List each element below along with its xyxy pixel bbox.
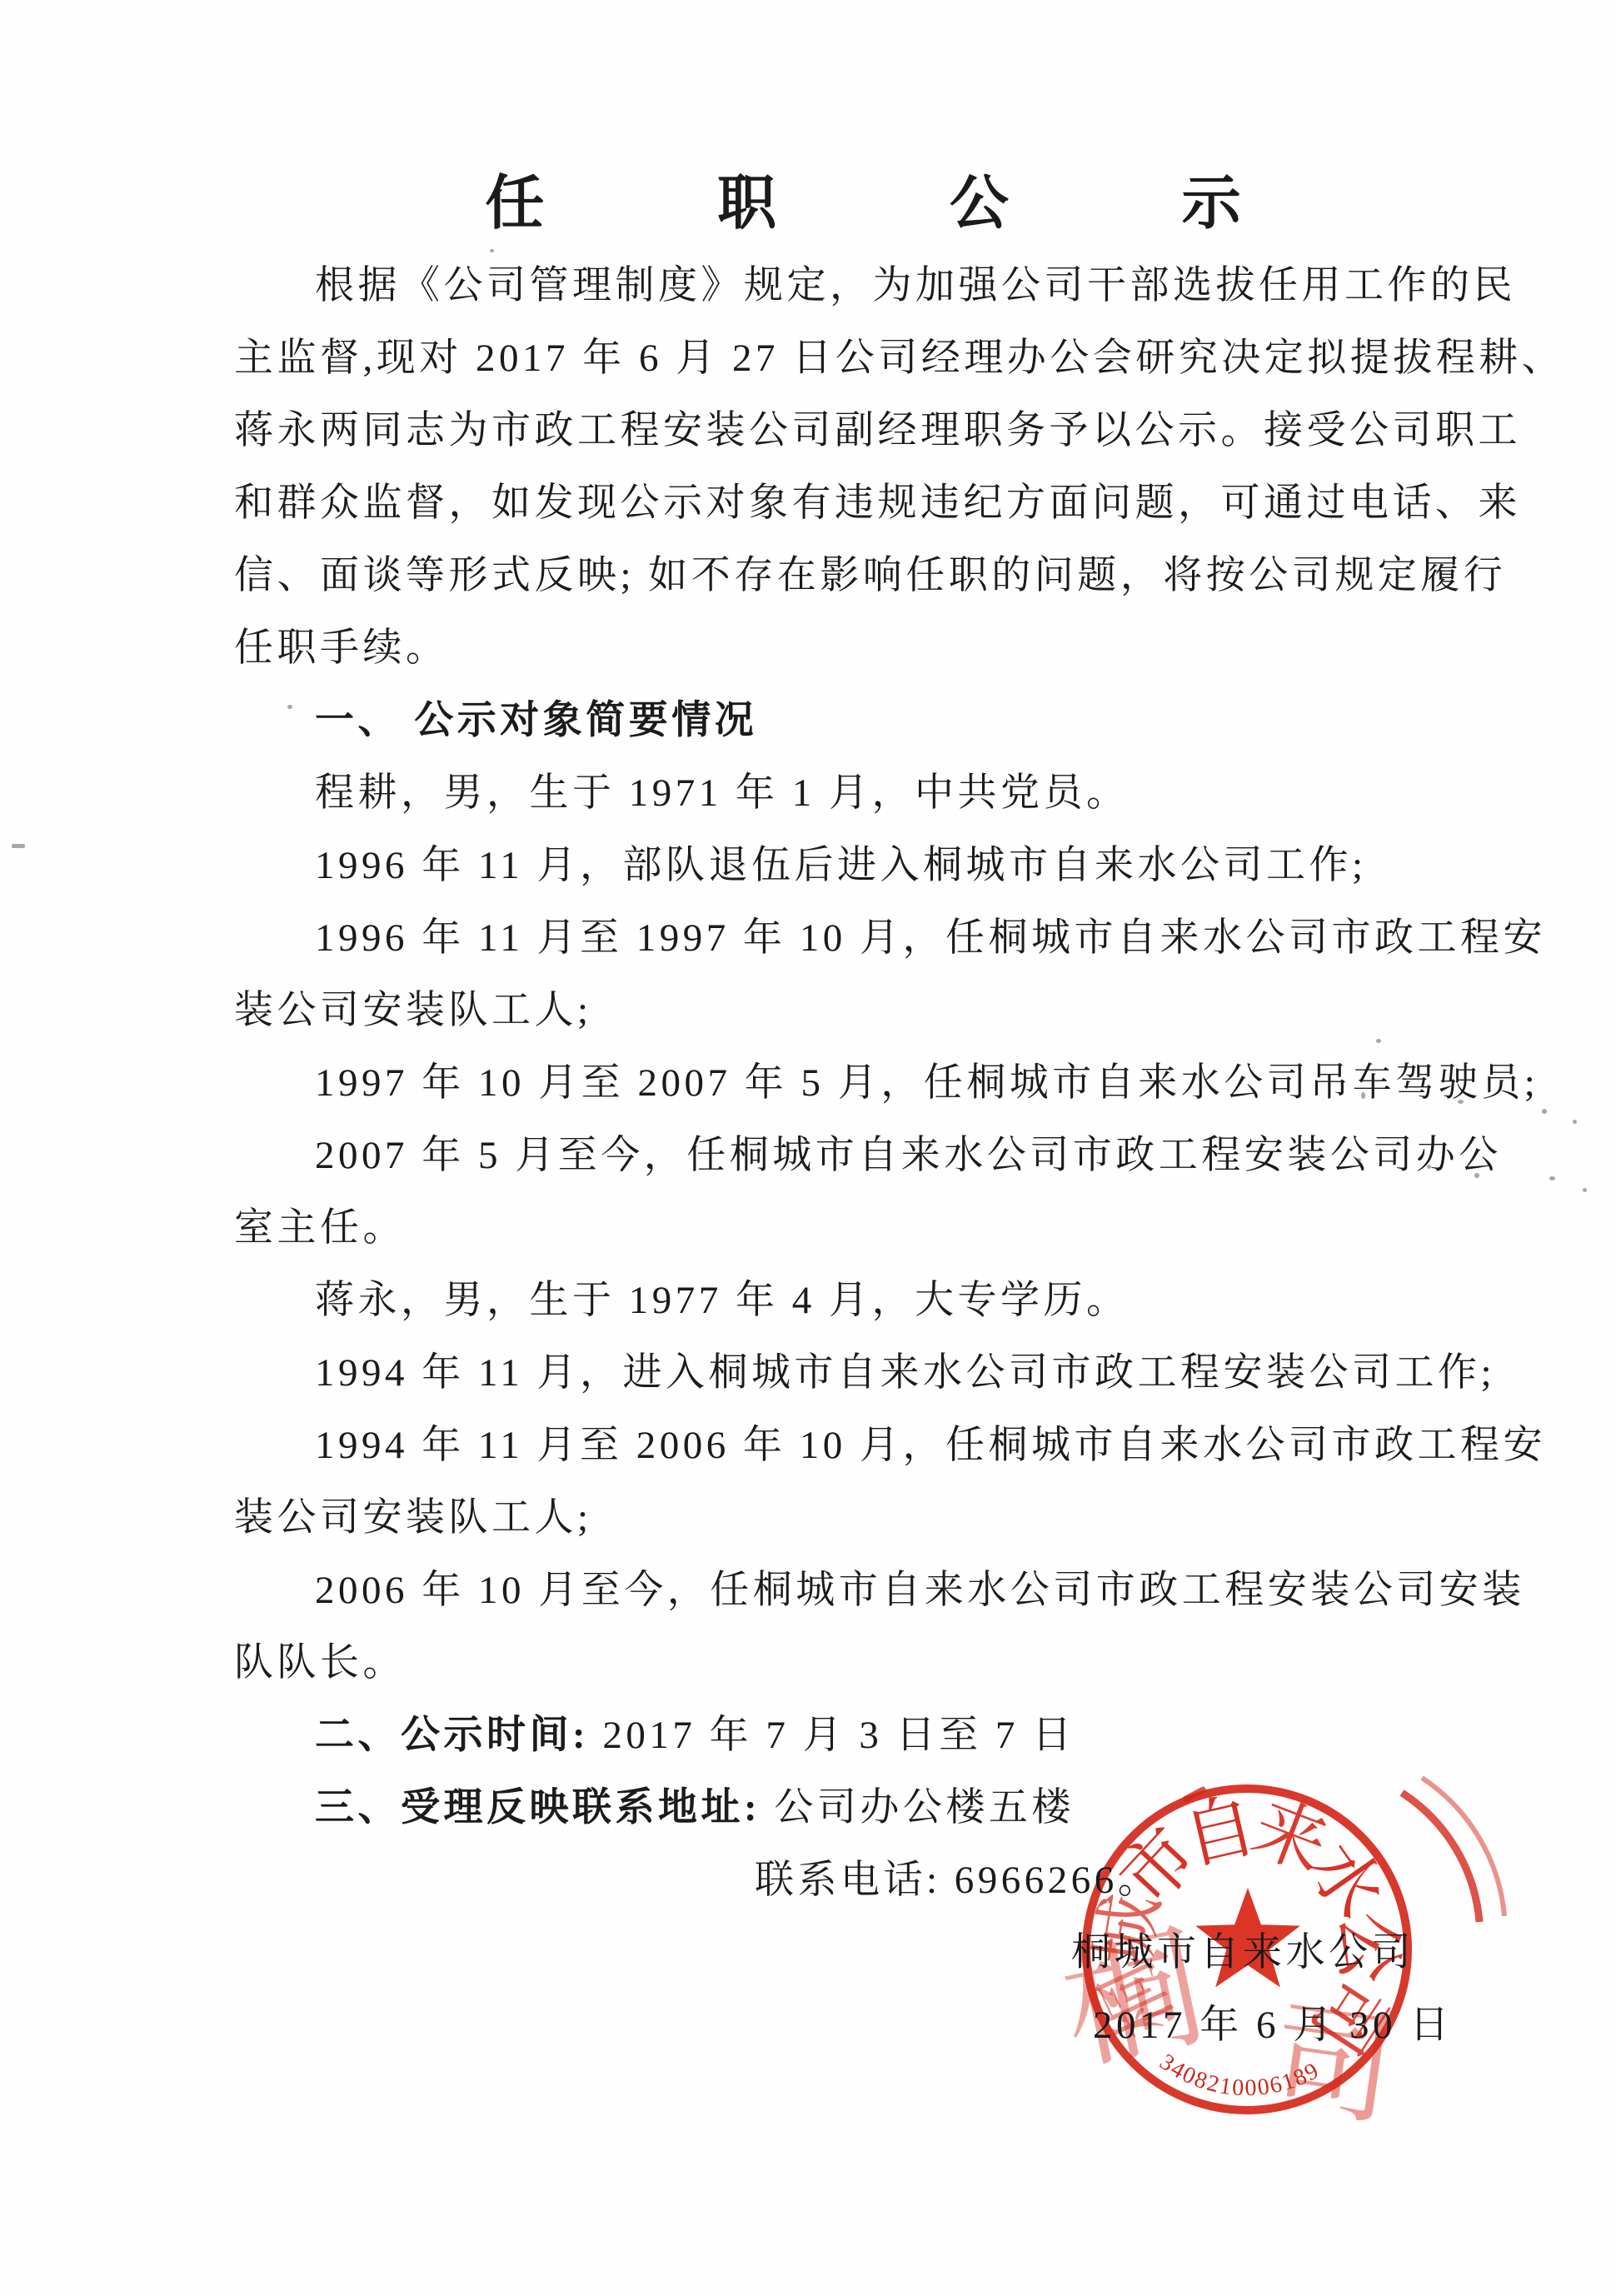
- section-heading-2: 二、公示时间: 2017 年 7 月 3 日至 7 日: [234, 1700, 1442, 1772]
- signature-date: 2017 年 6 月 30 日: [234, 1989, 1442, 2062]
- paragraph-line: 2007 年 5 月至今，任桐城市自来水公司市政工程安装公司办公: [234, 1120, 1442, 1192]
- paragraph-line: 信、面谈等形式反映; 如不存在影响任职的问题，将按公司规定履行: [234, 540, 1442, 612]
- paragraph-line: 装公司安装队工人;: [234, 975, 1442, 1047]
- paragraph-line: 蒋永两同志为市政工程安装公司副经理职务予以公示。接受公司职工: [234, 395, 1442, 467]
- paragraph-line: 主监督,现对 2017 年 6 月 27 日公司经理办公会研究决定拟提拔程耕、: [234, 322, 1442, 395]
- paragraph-line: 队队长。: [234, 1627, 1442, 1700]
- scanned-document-page: 任 职 公 示 根据《公司管理制度》规定，为加强公司干部选拔任用工作的民 主监督…: [0, 0, 1616, 2296]
- section-heading-2-value: 2017 年 7 月 3 日至 7 日: [602, 1714, 1075, 1757]
- paragraph-line: 装公司安装队工人;: [234, 1482, 1442, 1555]
- paragraph-line: 1996 年 11 月，部队退伍后进入桐城市自来水公司工作;: [234, 830, 1442, 902]
- paragraph-line: 1994 年 11 月，进入桐城市自来水公司市政工程安装公司工作;: [234, 1337, 1442, 1410]
- section-heading-3-label: 三、受理反映联系地址:: [315, 1786, 774, 1829]
- section-heading-2-label: 二、公示时间:: [315, 1714, 602, 1757]
- signature-company-name: 桐城市自来水公司: [234, 1917, 1442, 1989]
- paragraph-line: 1997 年 10 月至 2007 年 5 月，任桐城市自来水公司吊车驾驶员;: [234, 1047, 1442, 1120]
- contact-phone-line: 联系电话: 6966266。: [234, 1844, 1442, 1917]
- paragraph-line: 蒋永，男，生于 1977 年 4 月，大专学历。: [234, 1265, 1442, 1337]
- paragraph-line: 1996 年 11 月至 1997 年 10 月，任桐城市自来水公司市政工程安: [234, 902, 1442, 975]
- paragraph-line: 2006 年 10 月至今，任桐城市自来水公司市政工程安装公司安装: [234, 1555, 1442, 1627]
- paragraph-line: 任职手续。: [234, 612, 1442, 685]
- document-body: 任 职 公 示 根据《公司管理制度》规定，为加强公司干部选拔任用工作的民 主监督…: [234, 0, 1442, 2062]
- paragraph-line: 程耕，男，生于 1971 年 1 月，中共党员。: [234, 757, 1442, 830]
- scan-speck: [1583, 1188, 1587, 1192]
- paragraph-line: 根据《公司管理制度》规定，为加强公司干部选拔任用工作的民: [234, 250, 1442, 322]
- document-title: 任 职 公 示: [259, 158, 1467, 250]
- section-heading-3-value: 公司办公楼五楼: [774, 1786, 1075, 1829]
- section-heading-1: 一、 公示对象简要情况: [234, 685, 1442, 757]
- section-heading-3: 三、受理反映联系地址: 公司办公楼五楼: [234, 1772, 1442, 1844]
- paragraph-line: 室主任。: [234, 1192, 1442, 1265]
- scan-speck: [1549, 1176, 1555, 1180]
- paragraph-line: 1994 年 11 月至 2006 年 10 月，任桐城市自来水公司市政工程安: [234, 1410, 1442, 1482]
- scan-speck: [12, 844, 25, 848]
- scan-speck: [1573, 1120, 1577, 1124]
- scan-speck: [1542, 1109, 1547, 1114]
- paragraph-line: 和群众监督，如发现公示对象有违规违纪方面问题，可通过电话、来: [234, 467, 1442, 540]
